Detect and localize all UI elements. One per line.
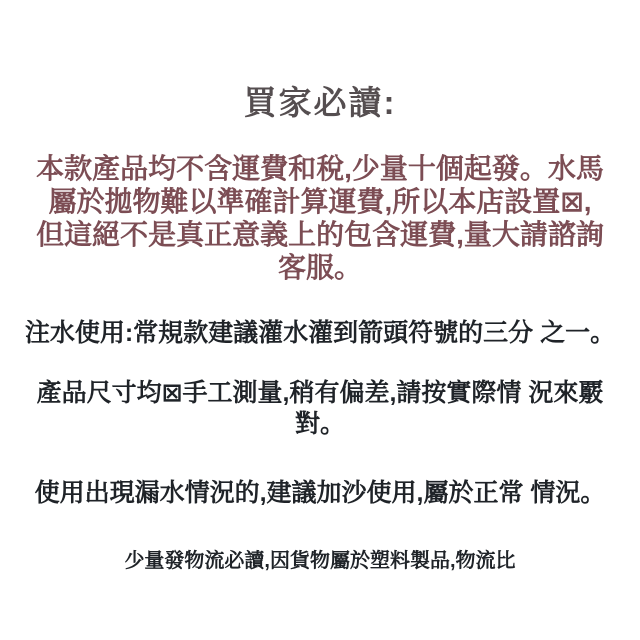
paragraph-shipping-fee-notice: 本款產品均不含運費和稅,少量十個起發。水馬 屬於拋物難以準確計算運費,所以本店設… — [12, 152, 628, 284]
paragraph-line: 對。 — [12, 409, 628, 440]
paragraph-line: 注水使用:常規款建議灌水灌到箭頭符號的三分 之一。 — [0, 316, 640, 350]
paragraph-water-filling-instruction: 注水使用:常規款建議灌水灌到箭頭符號的三分 之一。 — [0, 316, 640, 350]
paragraph-line: 屬於拋物難以準確計算運費,所以本店設置⊠, — [12, 185, 628, 218]
paragraph-line: 客服。 — [12, 251, 628, 284]
paragraph-line: 本款產品均不含運費和稅,少量十個起發。水馬 — [12, 152, 628, 185]
paragraph-size-measurement-note: 產品尺寸均⊠手工測量,稍有偏差,請按實際情 況來覈 對。 — [12, 378, 628, 440]
paragraph-line: 使用出現漏水情況的,建議加沙使用,屬於正常 情況。 — [0, 476, 640, 510]
paragraph-line: 但這絕不是真正意義上的包含運費,量大請諮詢 — [12, 218, 628, 251]
paragraph-line: 產品尺寸均⊠手工測量,稍有偏差,請按實際情 況來覈 — [12, 378, 628, 409]
page-title: 買家必讀: — [0, 0, 640, 122]
paragraph-line: 少量發物流必讀,因貨物屬於塑料製品,物流比 — [0, 548, 640, 574]
paragraph-leakage-note: 使用出現漏水情況的,建議加沙使用,屬於正常 情況。 — [0, 476, 640, 510]
paragraph-logistics-note: 少量發物流必讀,因貨物屬於塑料製品,物流比 — [0, 548, 640, 574]
buyer-notice-page: 買家必讀: 本款產品均不含運費和稅,少量十個起發。水馬 屬於拋物難以準確計算運費… — [0, 0, 640, 640]
